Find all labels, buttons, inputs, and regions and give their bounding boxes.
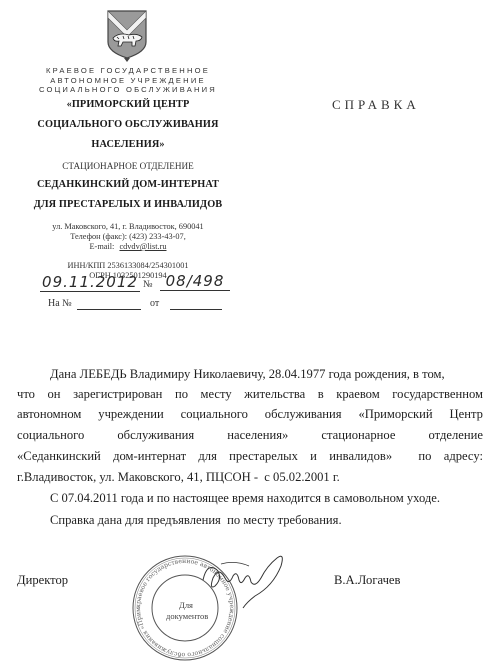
inn-kpp: ИНН/КПП 2536133084/254301001 [28,261,228,271]
body-line: автономном учреждении социального обслуж… [17,404,483,425]
word: стационарное [321,425,395,446]
reference-date-field[interactable] [170,309,222,310]
word: и [310,446,317,467]
department: СТАЦИОНАРНОЕ ОТДЕЛЕНИЕ [28,160,228,172]
reference-from-label: от [150,298,159,309]
org-name: «ПРИМОРСКИЙ ЦЕНТР СОЦИАЛЬНОГО ОБСЛУЖИВАН… [28,98,228,158]
word: зарегистрирован [73,384,162,405]
word: адресу: [444,446,483,467]
coat-of-arms-icon [105,8,149,62]
email-link[interactable]: cdvdv@list.ru [119,242,166,251]
body-line: Дана ЛЕБЕДЬ Владимиру Николаевичу, 28.04… [50,364,483,385]
body-line: что он зарегистрирован по месту жительст… [17,384,483,405]
reference-number-field[interactable] [77,309,141,310]
org-caps-line: КРАЕВОЕ ГОСУДАРСТВЕННОЕ [28,66,228,76]
word: по [418,446,431,467]
handwritten-signature [195,552,295,612]
facility-line: ДЛЯ ПРЕСТАРЕЛЫХ И ИНВАЛИДОВ [28,198,228,218]
body-text: Дана ЛЕБЕДЬ Владимиру Николаевичу, 28.04… [50,364,445,385]
word: автономном [17,404,81,425]
org-name-line: «ПРИМОРСКИЙ ЦЕНТР [28,98,228,118]
reference-label: На № [48,298,72,309]
body-paragraph-status: С 07.04.2011 года и по настоящее время н… [50,488,440,509]
body-paragraph-purpose: Справка дана для предъявления по месту т… [50,510,342,531]
word: государственном [392,384,483,405]
word: дом-интернат [113,446,186,467]
facility-name: СЕДАНКИНСКИЙ ДОМ-ИНТЕРНАТ ДЛЯ ПРЕСТАРЕЛЫ… [28,178,228,218]
word: что [17,384,35,405]
word: престарелых [229,446,298,467]
email-row: E-mail: cdvdv@list.ru [28,242,228,252]
document-number: 08/498 [160,272,230,291]
word: для [198,446,217,467]
word: социального [17,425,84,446]
org-name-line: СОЦИАЛЬНОГО ОБСЛУЖИВАНИЯ [28,118,228,138]
word: обслуживания [117,425,194,446]
number-sign: № [143,280,153,290]
body-line: «Седанкинский дом-интернат для престарел… [17,446,483,467]
word: жительства [244,384,305,405]
word: отделение [429,425,483,446]
email-label: E-mail: [89,242,114,251]
stamp-line: документов [166,611,206,622]
org-caps-line: АВТОНОМНОЕ УЧРЕЖДЕНИЕ [28,76,228,86]
facility-line: СЕДАНКИНСКИЙ ДОМ-ИНТЕРНАТ [28,178,228,198]
document-date: 09.11.2012 [40,273,140,292]
word: «Приморский [358,404,432,425]
word: он [48,384,61,405]
org-caps-line: СОЦИАЛЬНОГО ОБСЛУЖИВАНИЯ [28,85,228,95]
word: «Седанкинский [17,446,101,467]
document-title: СПРАВКА [332,97,420,113]
org-name-line: НАСЕЛЕНИЯ» [28,138,228,158]
word: учреждении [98,404,163,425]
phone: Телефон (факс): (423) 233-43-07, [28,232,228,242]
signatory-name: В.А.Логачев [334,570,400,591]
word: по [175,384,188,405]
word: обслуживания [265,404,342,425]
word: в [318,384,324,405]
body-line: г.Владивосток, ул. Маковского, 41, ПЦСОН… [17,467,340,488]
word: Центр [450,404,483,425]
word: населения» [227,425,288,446]
address: ул. Маковского, 41, г. Владивосток, 6900… [28,222,228,232]
word: месту [201,384,232,405]
org-type-header: КРАЕВОЕ ГОСУДАРСТВЕННОЕ АВТОНОМНОЕ УЧРЕЖ… [28,66,228,95]
word: социального [181,404,248,425]
body-line: социального обслуживания населения» стац… [17,425,483,446]
word: инвалидов» [329,446,392,467]
signatory-position: Директор [17,570,68,591]
word: краевом [336,384,379,405]
contact-block: ул. Маковского, 41, г. Владивосток, 6900… [28,222,228,252]
